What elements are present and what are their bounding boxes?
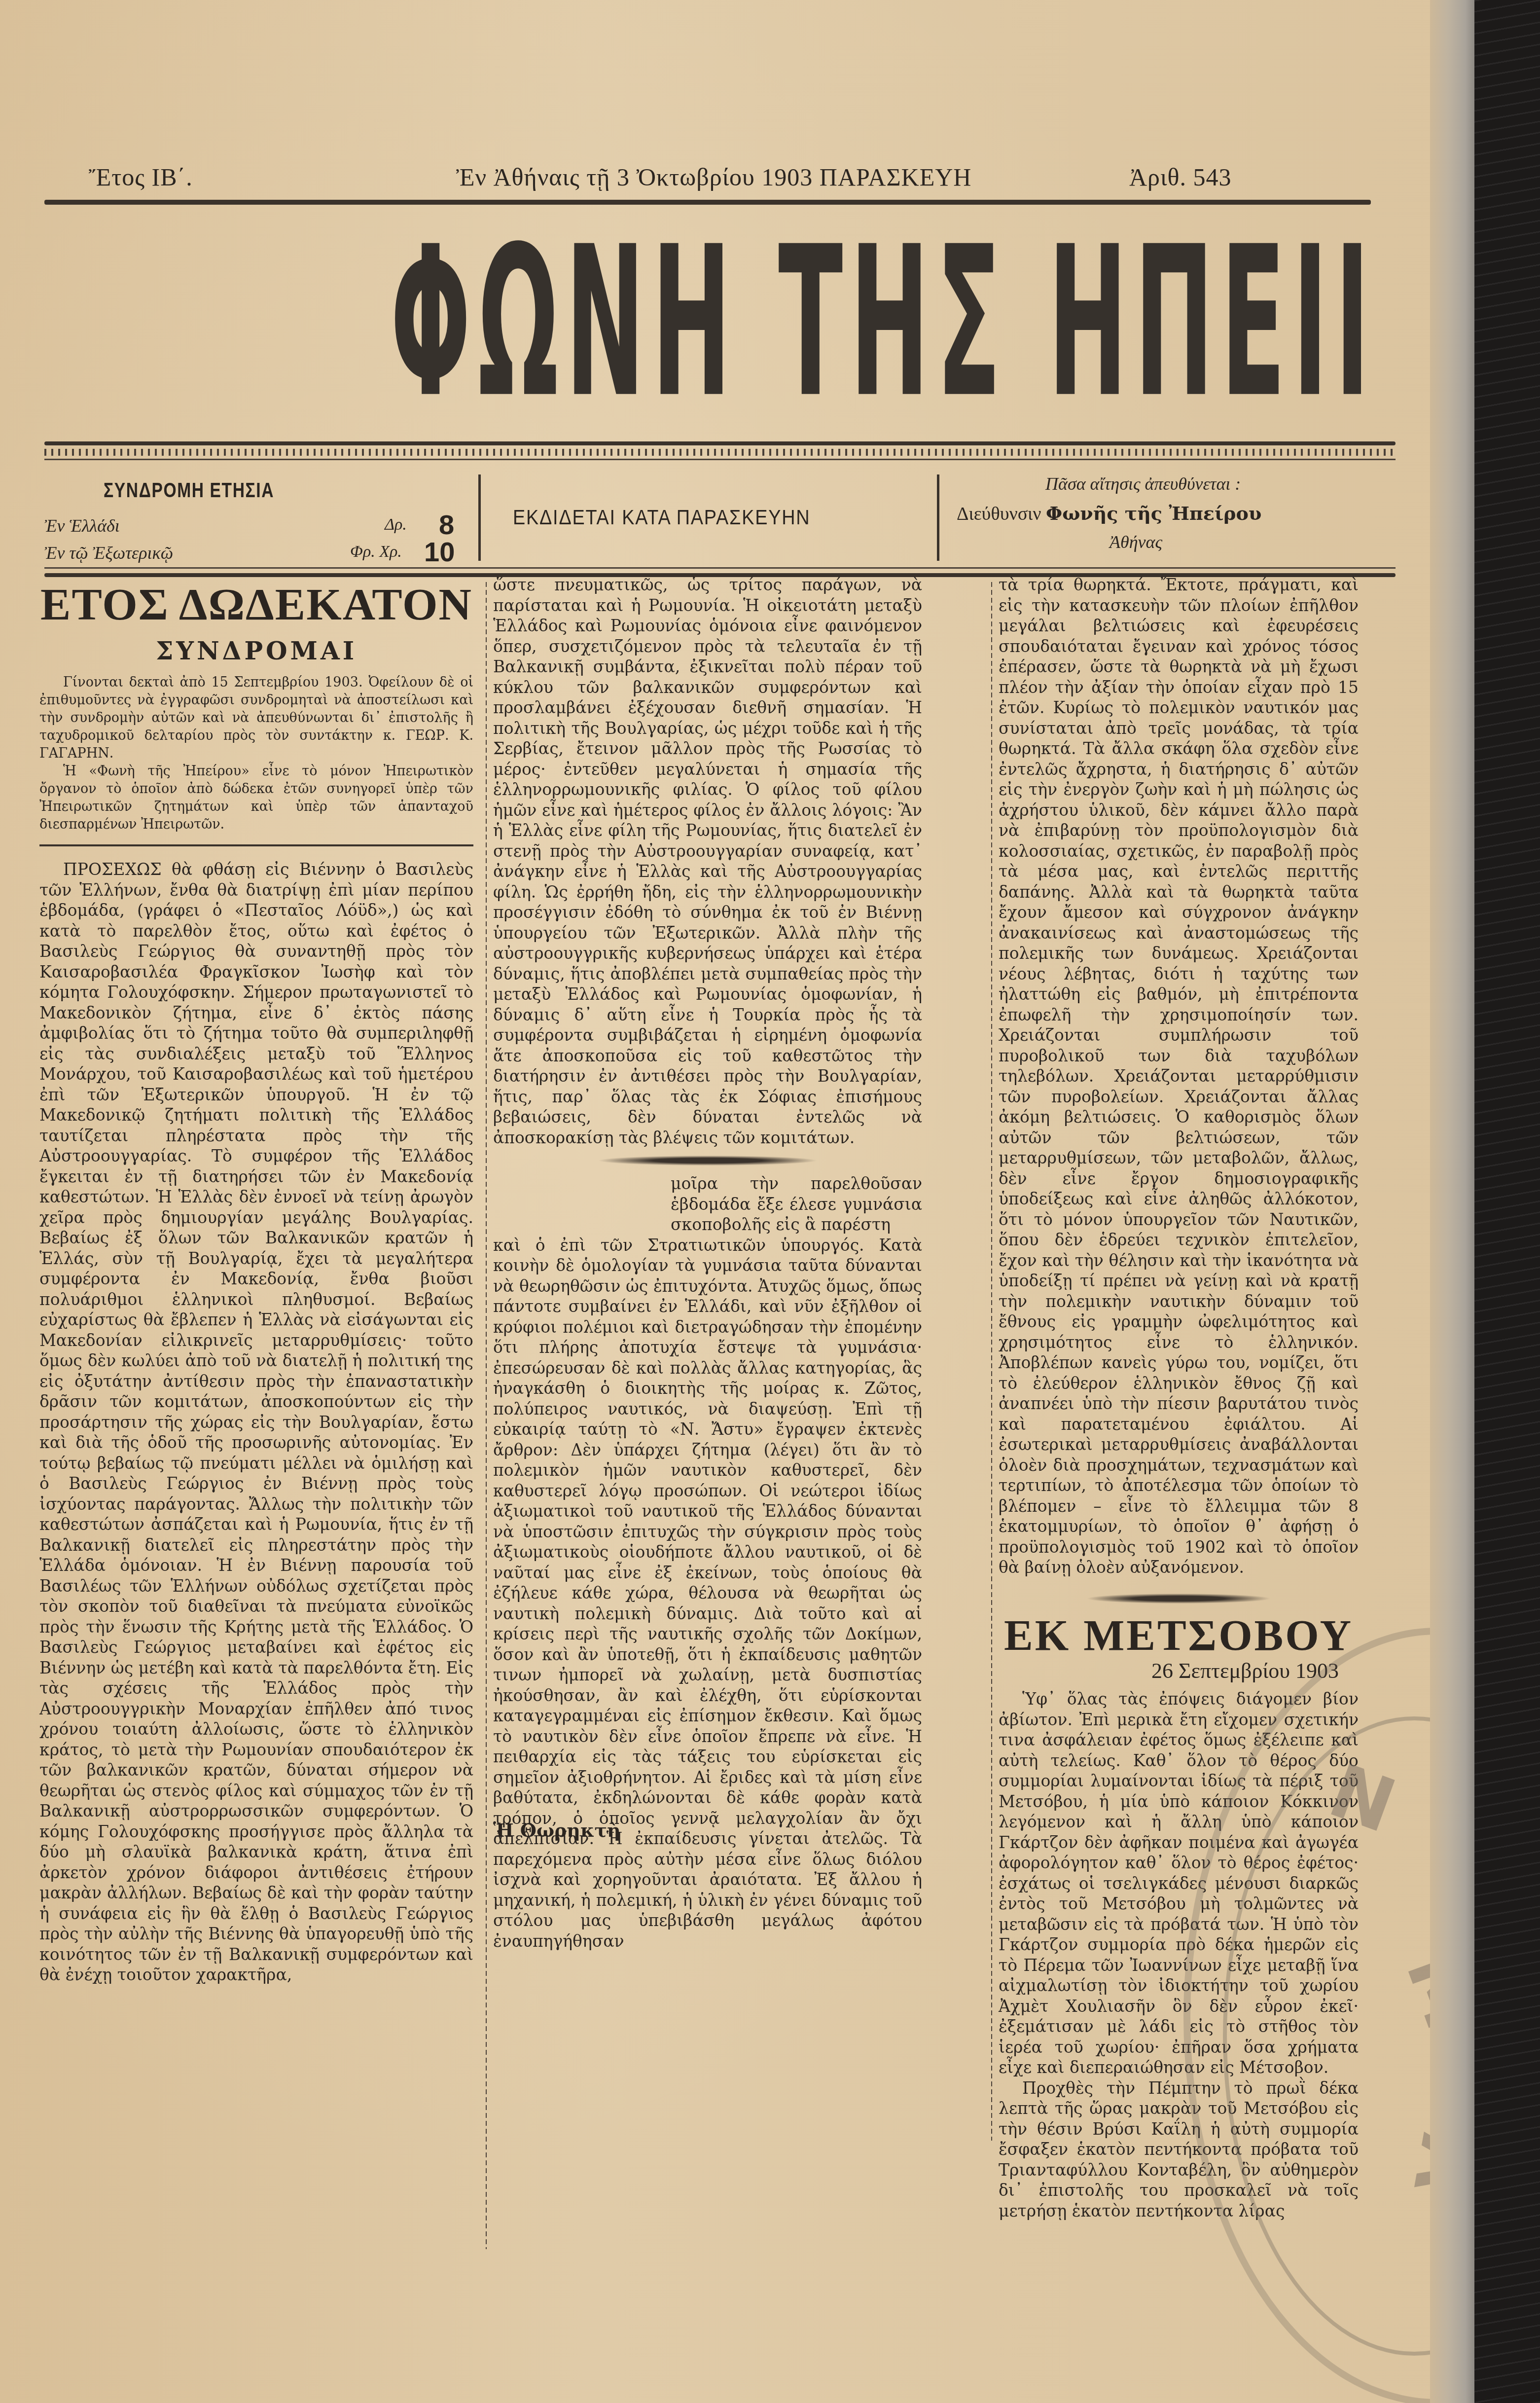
dateline: Ἐν Ἀθήναις τῇ 3 Ὀκτωβρίου 1903 ΠΑΡΑΣΚΕΥΗ <box>456 163 971 191</box>
masthead: ΦΩΝΗ ΤΗΣ ΗΠΕΙΡΟΥ <box>49 224 1361 422</box>
page-edge <box>1430 0 1474 2403</box>
address-name: Φωνῆς τῆς Ἠπείρου <box>1046 502 1261 524</box>
publication-frequency: ΕΚΔΙΔΕΤΑΙ ΚΑΤΑ ΠΑΡΑΣΚΕΥΗΝ <box>488 469 922 567</box>
subscription-title: ΣΥΝΔΡΟΜΗ ΕΤΗΣΙΑ <box>104 478 274 502</box>
section-rule <box>39 844 473 846</box>
price-unit: Δρ. <box>385 515 407 534</box>
subscription-prices: ΣΥΝΔΡΟΜΗ ΕΤΗΣΙΑ Ἐν Ἑλλάδι Δρ. 8 Ἐν τῷ Ἐξ… <box>44 469 473 567</box>
naval-intro: μοῖρα τὴν παρελθοῦσαν ἑβδομάδα ἔξε έλεσε… <box>493 1173 922 1235</box>
header-rule <box>44 200 1371 205</box>
book-binding <box>1474 0 1540 2403</box>
ornament-separator <box>579 1155 836 1166</box>
price-unit: Φρ. Χρ. <box>350 543 402 561</box>
side-heading-battleship: Ἡ Θωρηκτὴ <box>493 1820 621 1841</box>
price-row-domestic: Ἐν Ἑλλάδι Δρ. 8 <box>44 515 459 536</box>
published-label: ΕΚΔΙΔΕΤΑΙ ΚΑΤΑ ΠΑΡΑΣΚΕΥΗΝ <box>513 506 810 529</box>
heading-subscriptions: ΣΥΝΔΡΟΜΑΙ <box>39 631 473 671</box>
masthead-rule-dots <box>44 449 1396 456</box>
header-topline: Ἔτος ΙΒ΄. Ἐν Ἀθήναις τῇ 3 Ὀκτωβρίου 1903… <box>89 163 1341 192</box>
divider <box>478 474 481 561</box>
article-naval-continued: τὰ τρία θωρηκτά. Ἔκτοτε, πράγματι, καὶ ε… <box>999 575 1359 1578</box>
masthead-title: ΦΩΝΗ ΤΗΣ ΗΠΕΙΡΟΥ <box>391 224 1020 422</box>
address-city: Ἀθήνας <box>1110 532 1162 552</box>
masthead-rule-top <box>44 441 1396 445</box>
correspondence-address: Πᾶσα αἴτησις ἀπευθύνεται : Διεύθυνσιν Φω… <box>947 469 1391 567</box>
metsovo-date: 26 Σεπτεμβρίου 1903 <box>999 1661 1339 1681</box>
newspaper-page: Ἔτος ΙΒ΄. Ἐν Ἀθήναις τῇ 3 Ὀκτωβρίου 1903… <box>0 0 1474 2403</box>
article-naval-exercises: καὶ ὁ ἐπὶ τῶν Στρατιωτικῶν ὑπουργός. Κατ… <box>493 1235 922 1952</box>
subbox-rule-thin <box>44 567 1396 569</box>
address-intro: Πᾶσα αἴτησις ἀπευθύνεται : <box>1045 473 1241 494</box>
subscription-box: ΣΥΝΔΡΟΜΗ ΕΤΗΣΙΑ Ἐν Ἑλλάδι Δρ. 8 Ἐν τῷ Ἐξ… <box>44 469 1396 567</box>
year-label: Ἔτος ΙΒ΄. <box>89 163 193 191</box>
column-1: ΕΤΟΣ ΔΩΔΕΚΑΤΟΝ ΣΥΝΔΡΟΜΑΙ Γίνονται δεκταὶ… <box>39 577 473 1985</box>
masthead-rule-thin <box>44 459 1396 460</box>
subscription-notice: Γίνονται δεκταὶ ἀπὸ 15 Σεπτεμβρίου 1903.… <box>39 674 473 763</box>
address-prefix: Διεύθυνσιν <box>957 504 1041 524</box>
issue-number: Ἀριθ. 543 <box>1129 163 1231 191</box>
column-2: ὥστε πνευματικῶς, ὡς τρίτος παράγων, νὰ … <box>493 575 922 1951</box>
address-line: Διεύθυνσιν Φωνῆς τῆς Ἠπείρου <box>957 502 1261 525</box>
article-vienna-visit-continued: ὥστε πνευματικῶς, ὡς τρίτος παράγων, νὰ … <box>493 575 922 1148</box>
divider <box>937 474 939 561</box>
ornament-separator <box>1071 1593 1287 1604</box>
column-divider <box>486 582 487 2249</box>
price-place: Ἐν Ἑλλάδι <box>44 516 120 536</box>
price-value: 10 <box>424 536 455 568</box>
naval-intro-text: μοῖρα τὴν παρελθοῦσαν ἑβδομάδα ἔξε έλεσε… <box>671 1174 922 1234</box>
price-place: Ἐν τῷ Ἐξωτερικῷ <box>44 543 173 563</box>
heading-year-twelve: ΕΤΟΣ ΔΩΔΕΚΑΤΟΝ <box>39 577 473 631</box>
column-divider <box>991 582 992 2141</box>
heading-from-metsovo: ΕΚ ΜΕΤΣΟΒΟΥ <box>999 1611 1359 1661</box>
price-row-foreign: Ἐν τῷ Ἐξωτερικῷ Φρ. Χρ. 10 <box>44 543 459 563</box>
newspaper-description: Ἡ «Φωνὴ τῆς Ἠπείρου» εἶνε τὸ μόνον Ἠπειρ… <box>39 763 473 834</box>
article-vienna-visit: ΠΡΟΣΕΧΩΣ θὰ φθάσῃ εἰς Βιέννην ὁ Βασιλεὺς… <box>39 859 473 1985</box>
